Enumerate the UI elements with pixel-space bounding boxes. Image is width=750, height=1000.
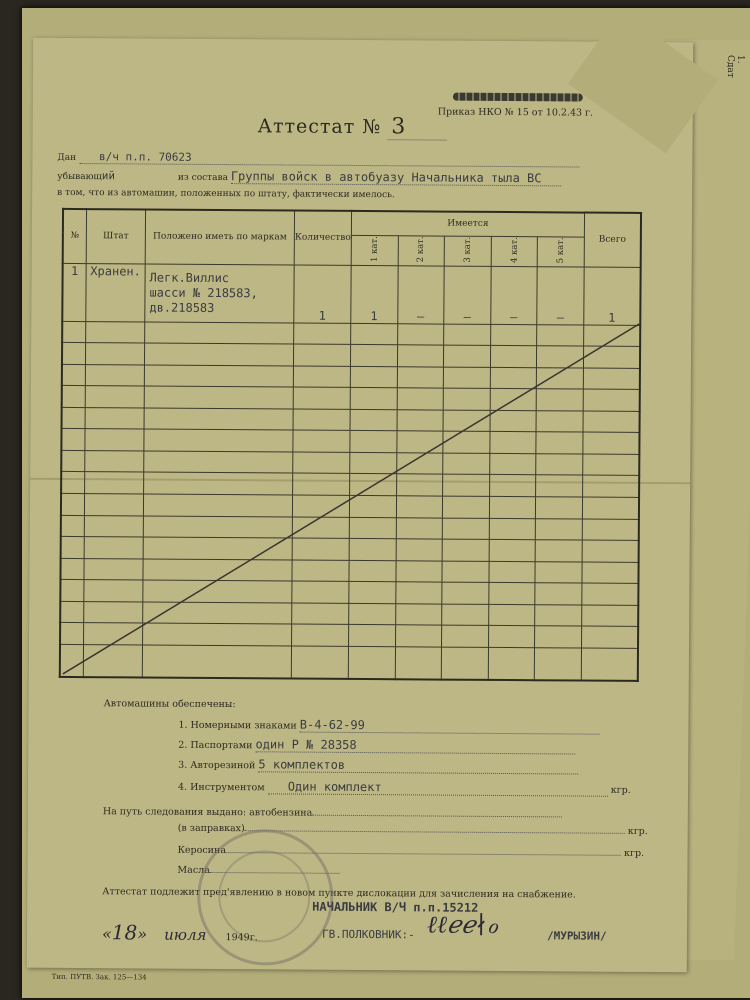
col-staff: Штат [86, 209, 145, 263]
rank: ГВ.ПОЛКОВНИК:- [322, 928, 415, 942]
date-day: 18 [112, 920, 138, 944]
supply-item: 4. Инструментом Один комплект кгр. [178, 779, 658, 797]
header-stamp [453, 93, 583, 102]
date-year: 1949 [226, 932, 250, 943]
supply-item: 2. Паспортами один Р № 28358 [178, 737, 638, 755]
supply-item: 3. Авторезиной 5 комплектов [178, 757, 638, 775]
from-unit-value: Группы войск в автобуазу Начальника тыла… [231, 169, 561, 186]
col-total: Всего [584, 213, 641, 267]
vehicle-table: № Штат Положено иметь по маркам Количест… [59, 208, 642, 682]
supply-item: 1. Номерными знаками В-4-62-99 [178, 717, 638, 735]
date-line: «18» июля 1949г. [102, 920, 302, 945]
corner-label: 1. Сдат [725, 55, 745, 85]
presentation-note: Аттестат подлежит пред'явлению в новом п… [102, 886, 662, 901]
issued-line: Дан в/ч п.п. 70623 [57, 150, 579, 168]
certificate-number: 3 [387, 114, 446, 140]
order-reference: Приказ НКО № 15 от 10.2.43 г. [438, 107, 593, 119]
intro-text: в том, что из автомашин, положенных по ш… [57, 188, 395, 200]
col-no: № [63, 209, 87, 263]
fuel-heading: На путь следования выдано: автобензина [103, 806, 563, 820]
col-quantity: Количество [294, 211, 351, 265]
date-month: июля [164, 926, 206, 944]
col-available: Имеется [351, 211, 584, 237]
supplies-heading: Автомашины обеспечены: [104, 698, 236, 710]
col-should-have: Положено иметь по маркам [145, 209, 294, 264]
signatory-name: /МУРЫЗИН/ [547, 929, 607, 942]
handwritten-signature: ℓℓℯℯ∤ℴ [427, 910, 498, 939]
certificate-sheet: Приказ НКО № 15 от 10.2.43 г. Аттестат №… [27, 38, 693, 973]
departing-line: убывающий из состава Группы войск в авто… [57, 168, 561, 187]
document-title: Аттестат №3 [258, 113, 447, 139]
print-reference: Тип. ПУТВ. Зак. 125—134 [52, 973, 147, 982]
issued-value: в/ч п.п. 70623 [79, 150, 579, 167]
table-row: 1 Хранен. Легк.Виллис шасси № 218583, дв… [62, 263, 640, 325]
